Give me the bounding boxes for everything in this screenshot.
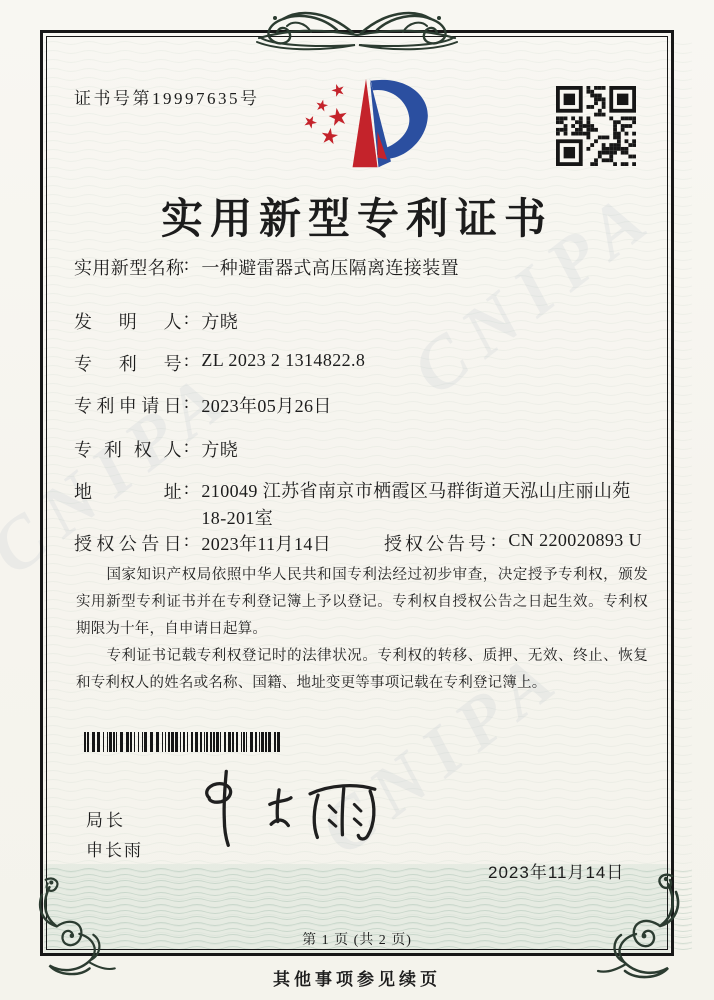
field-colon: : xyxy=(184,392,189,413)
field-label: 专利权人 xyxy=(74,436,182,462)
field-label: 专利号 xyxy=(74,350,182,376)
field-grant-number: 授权公告号:CN 220020893 U xyxy=(384,530,642,556)
field-value: 方晓 xyxy=(201,436,238,462)
field-value: 2023年05月26日 xyxy=(201,392,331,418)
page-indicator: 第 1 页 (共 2 页) xyxy=(0,929,714,949)
certificate-title: 实用新型专利证书 xyxy=(0,186,714,246)
field-utility-model-name: 实用新型名称:一种避雷器式高压隔离连接装置 xyxy=(74,254,459,280)
continuation-note: 其他事项参见续页 xyxy=(0,965,714,990)
field-filing-date: 专利申请日:2023年05月26日 xyxy=(74,392,332,418)
field-address: 地址:210049 江苏省南京市栖霞区马群街道天泓山庄丽山苑18-201室 xyxy=(74,478,633,532)
certificate-number: 证书号第19997635号 xyxy=(74,84,260,109)
field-value: ZL 2023 2 1314822.8 xyxy=(201,350,365,371)
field-patentee: 专利权人:方晓 xyxy=(74,436,238,462)
field-value: 210049 江苏省南京市栖霞区马群街道天泓山庄丽山苑18-201室 xyxy=(201,478,633,532)
field-colon: : xyxy=(184,350,189,371)
field-label: 地址 xyxy=(74,478,182,504)
qr-code xyxy=(556,86,636,166)
field-label: 专利申请日 xyxy=(74,392,182,418)
field-colon: : xyxy=(184,530,189,551)
field-label: 发明人 xyxy=(74,308,182,334)
field-label: 授权公告日 xyxy=(74,530,182,556)
legal-text: 国家知识产权局依照中华人民共和国专利法经过初步审查，决定授予专利权，颁发实用新型… xyxy=(76,562,648,697)
legal-paragraph-2: 专利证书记载专利权登记时的法律状况。专利权的转移、质押、无效、终止、恢复和专利权… xyxy=(76,643,648,697)
field-colon: : xyxy=(184,254,189,275)
field-value: 2023年11月14日 xyxy=(201,530,331,556)
signer-name: 申长雨 xyxy=(86,836,143,861)
issue-date: 2023年11月14日 xyxy=(488,858,624,883)
signer-title: 局长 xyxy=(86,806,126,831)
field-label: 授权公告号 xyxy=(384,530,489,556)
patent-certificate-page: { "certificate": { "cert_no": "证书号第19997… xyxy=(0,0,714,1000)
legal-paragraph-1: 国家知识产权局依照中华人民共和国专利法经过初步审查，决定授予专利权，颁发实用新型… xyxy=(76,562,648,643)
field-value: 方晓 xyxy=(201,308,238,334)
cnipa-logo xyxy=(292,76,440,172)
field-patent-number: 专利号:ZL 2023 2 1314822.8 xyxy=(74,350,365,376)
field-inventor: 发明人:方晓 xyxy=(74,308,238,334)
field-value: 一种避雷器式高压隔离连接装置 xyxy=(201,254,459,280)
field-grant-date: 授权公告日:2023年11月14日 xyxy=(74,530,331,556)
field-colon: : xyxy=(184,478,189,499)
field-colon: : xyxy=(491,530,496,551)
handwritten-signature xyxy=(188,760,386,862)
field-colon: : xyxy=(184,308,189,329)
field-colon: : xyxy=(184,436,189,457)
field-label: 实用新型名称 xyxy=(74,254,182,280)
top-center-flourish-ornament xyxy=(247,4,467,56)
logo-red-wedge xyxy=(353,79,378,167)
field-value: CN 220020893 U xyxy=(508,530,642,551)
logo-stars xyxy=(302,82,348,145)
barcode xyxy=(84,732,280,752)
